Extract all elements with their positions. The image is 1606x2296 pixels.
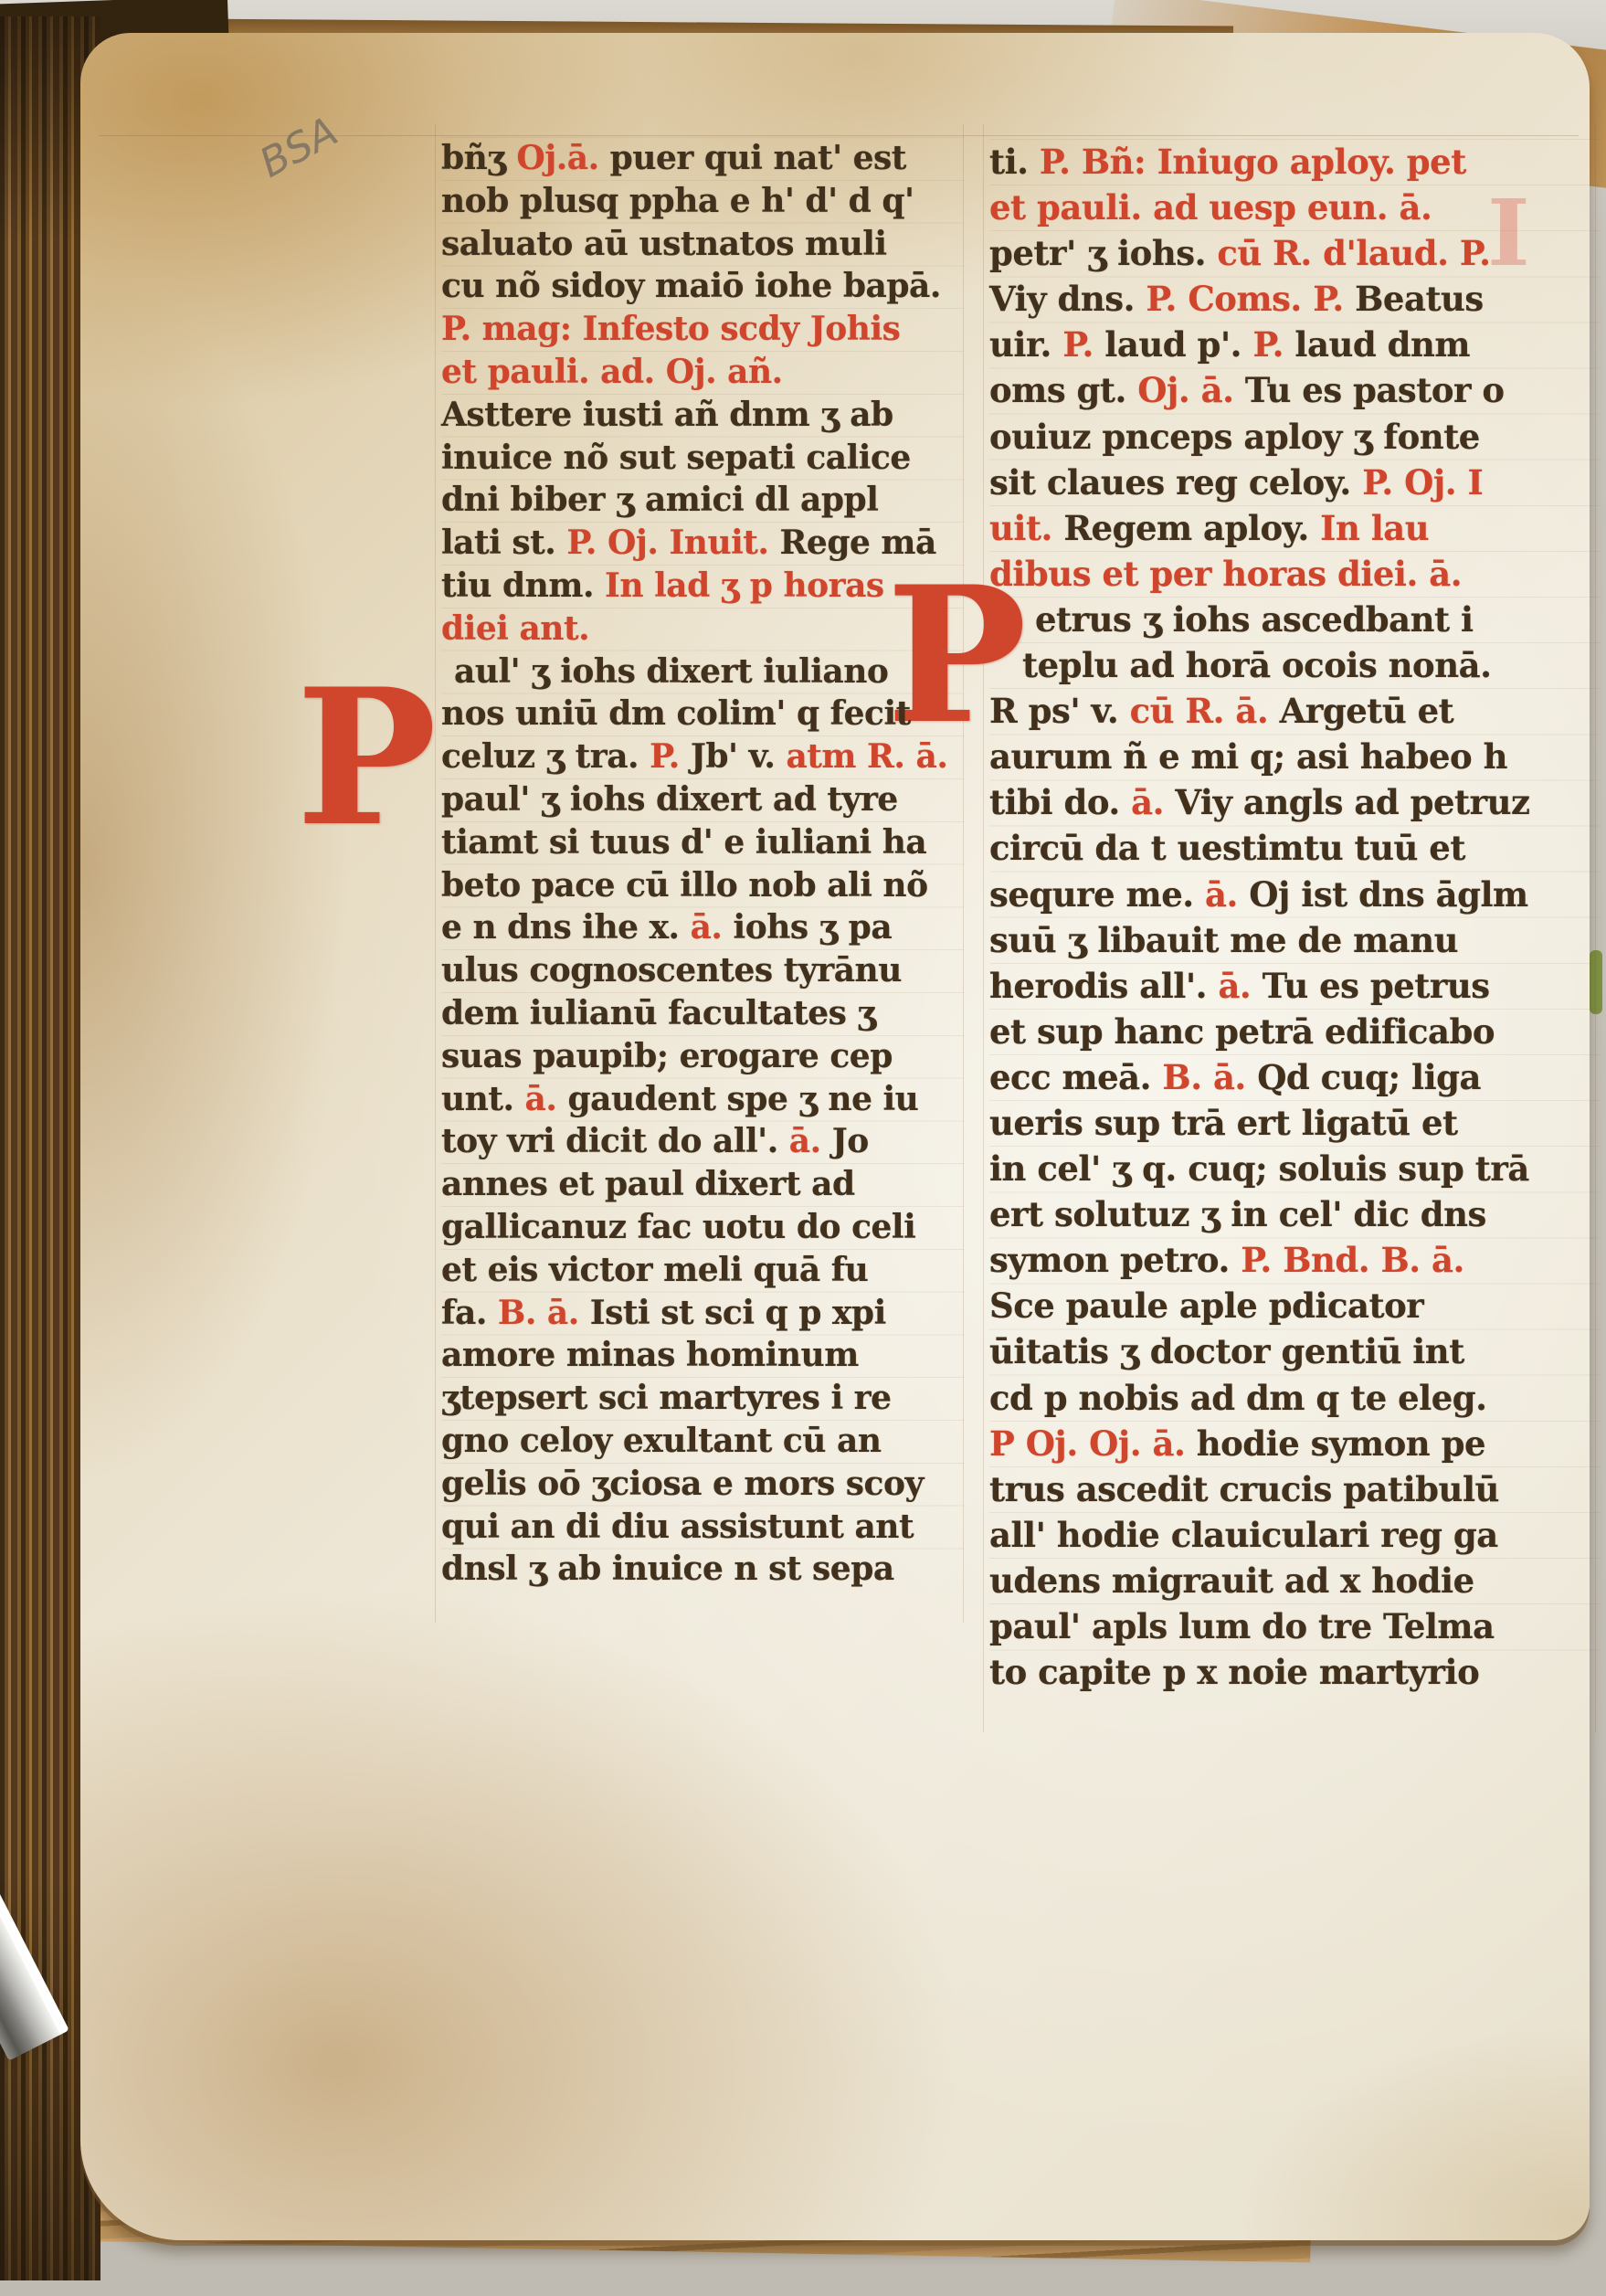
manuscript-text-line: to capite p x noie martyrio bbox=[989, 1649, 1600, 1695]
body-text-run: uir. bbox=[989, 324, 1062, 365]
manuscript-text-line: dem iulianū facultates ʒ bbox=[441, 992, 964, 1035]
ruling-line bbox=[983, 124, 984, 1732]
manuscript-text-line: celuz ʒ tra. P. Jb' v. atm R. ā. bbox=[441, 735, 964, 778]
body-text-run: dnsl ʒ ab inuice n st sepa bbox=[441, 1550, 894, 1588]
body-text-run: laud dnm bbox=[1294, 324, 1470, 365]
body-text-run: Oj ist dns āglm bbox=[1249, 874, 1527, 915]
text-column-left: bñʒ Oj.ā. puer qui nat' estnob plusq pph… bbox=[441, 137, 964, 1591]
body-text-run: suas paupib; erogare cep bbox=[441, 1037, 893, 1075]
manuscript-text-line: gelis oō ʒciosa e mors scoy bbox=[441, 1463, 964, 1506]
body-text-run: Isti st sci q p xpi bbox=[590, 1294, 886, 1332]
manuscript-text-line: suas paupib; erogare cep bbox=[441, 1035, 964, 1078]
manuscript-text-line: beto pace cū illo nob ali nõ bbox=[441, 864, 964, 907]
rubric-text-run: et pauli. ad. Oj. añ. bbox=[441, 353, 783, 391]
rubric-text-run: uit. bbox=[989, 508, 1063, 548]
manuscript-text-line: ouiuz pnceps aploy ʒ fonte bbox=[989, 414, 1600, 460]
body-text-run: unt. bbox=[441, 1080, 525, 1118]
body-text-run: celuz ʒ tra. bbox=[441, 737, 650, 776]
rubric-text-run: B. ā. bbox=[1162, 1057, 1257, 1097]
manuscript-text-line: P Oj. Oj. ā. hodie symon pe bbox=[989, 1421, 1600, 1466]
body-text-run: sequre me. bbox=[989, 874, 1205, 915]
manuscript-text-line: trus ascedit crucis patibulū bbox=[989, 1466, 1600, 1512]
rubric-text-run: atm R. ā. bbox=[786, 737, 947, 776]
manuscript-text-line: teplu ad horā ocois nonā. bbox=[989, 642, 1600, 688]
manuscript-text-line: ʒtepsert sci martyres i re bbox=[441, 1377, 964, 1420]
manuscript-text-line: oms gt. Oj. ā. Tu es pastor o bbox=[989, 367, 1600, 413]
body-text-run: petr' ʒ iohs. bbox=[989, 233, 1217, 273]
manuscript-text-line: ūitatis ʒ doctor gentiū int bbox=[989, 1328, 1600, 1374]
rubric-text-run: ā. bbox=[691, 908, 734, 947]
rubric-text-run: diei ant. bbox=[441, 609, 589, 648]
manuscript-page: BSA I P P bñʒ Oj.ā. puer qui nat' estnob… bbox=[80, 33, 1590, 2240]
body-text-run: teplu ad horā ocois nonā. bbox=[1022, 645, 1492, 685]
body-text-run: Tu es petrus bbox=[1263, 966, 1490, 1006]
body-text-run: annes et paul dixert ad bbox=[441, 1165, 855, 1203]
manuscript-text-line: Asttere iusti añ dnm ʒ ab bbox=[441, 394, 964, 437]
rubric-text-run: ā. bbox=[1205, 874, 1249, 915]
body-text-run: Argetū et bbox=[1280, 691, 1454, 731]
manuscript-text-line: uit. Regem aploy. In lau bbox=[989, 505, 1600, 551]
manuscript-text-line: suū ʒ libauit me de manu bbox=[989, 917, 1600, 963]
manuscript-text-line: ert solutuz ʒ in cel' dic dns bbox=[989, 1191, 1600, 1237]
manuscript-text-line: herodis all'. ā. Tu es petrus bbox=[989, 963, 1600, 1009]
manuscript-text-line: dni biber ʒ amici dl appl bbox=[441, 479, 964, 522]
rubric-text-run: P. mag: Infesto scdy Johis bbox=[441, 310, 900, 348]
photo-background: BSA I P P bñʒ Oj.ā. puer qui nat' estnob… bbox=[0, 0, 1606, 2296]
rubric-text-run: P. Bñ: Iniugo aploy. pet bbox=[1040, 142, 1466, 182]
manuscript-text-line: cu nõ sidoy maiō iohe bapā. bbox=[441, 265, 964, 308]
manuscript-text-line: et pauli. ad uesp eun. ā. bbox=[989, 185, 1600, 230]
body-text-run: ouiuz pnceps aploy ʒ fonte bbox=[989, 417, 1480, 457]
rubric-text-run: P. Oj. I bbox=[1362, 462, 1483, 503]
rubric-text-run: P. Oj. Inuit. bbox=[566, 524, 779, 562]
manuscript-text-line: gallicanuz fac uotu do celi bbox=[441, 1206, 964, 1249]
manuscript-text-line: lati st. P. Oj. Inuit. Rege mā bbox=[441, 522, 964, 565]
manuscript-text-line: dnsl ʒ ab inuice n st sepa bbox=[441, 1548, 964, 1591]
body-text-run: circū da t uestimtu tuū et bbox=[989, 828, 1465, 868]
rubric-text-run: ā. bbox=[1218, 966, 1262, 1006]
rubric-text-run: Oj.ā. bbox=[516, 139, 609, 177]
manuscript-text-line: saluato aū ustnatos muli bbox=[441, 223, 964, 266]
rubric-text-run: P. bbox=[1062, 324, 1104, 365]
manuscript-text-line: nos uniū dm colim' q fecit bbox=[441, 693, 964, 735]
rubric-text-run: ā. bbox=[525, 1080, 568, 1118]
manuscript-text-line: inuice nõ sut sepati calice bbox=[441, 437, 964, 480]
rubric-text-run: P. bbox=[1252, 324, 1294, 365]
rubric-text-run: ā. bbox=[1131, 782, 1175, 822]
manuscript-text-line: e n dns ihe x. ā. iohs ʒ pa bbox=[441, 906, 964, 949]
body-text-run: e n dns ihe x. bbox=[441, 908, 691, 947]
text-column-right: ti. P. Bñ: Iniugo aploy. petet pauli. ad… bbox=[989, 139, 1600, 1695]
manuscript-text-line: et pauli. ad. Oj. añ. bbox=[441, 351, 964, 394]
manuscript-text-line: sit claues reg celoy. P. Oj. I bbox=[989, 460, 1600, 505]
body-text-run: inuice nõ sut sepati calice bbox=[441, 439, 911, 477]
body-text-run: oms gt. bbox=[989, 370, 1137, 410]
manuscript-text-line: tiamt si tuus d' e iuliani ha bbox=[441, 821, 964, 864]
manuscript-text-line: paul' apls lum do tre Telma bbox=[989, 1603, 1600, 1649]
manuscript-text-line: ecc meā. B. ā. Qd cuq; liga bbox=[989, 1054, 1600, 1100]
body-text-run: paul' apls lum do tre Telma bbox=[989, 1606, 1495, 1646]
manuscript-text-line: qui an di diu assistunt ant bbox=[441, 1506, 964, 1549]
manuscript-text-line: fa. B. ā. Isti st sci q p xpi bbox=[441, 1292, 964, 1335]
manuscript-text-line: tibi do. ā. Viy angls ad petruz bbox=[989, 779, 1600, 825]
manuscript-text-line: nob plusq ppha e h' d' d q' bbox=[441, 180, 964, 223]
body-text-run: gelis oō ʒciosa e mors scoy bbox=[441, 1465, 924, 1503]
body-text-run: qui an di diu assistunt ant bbox=[441, 1508, 914, 1546]
body-text-run: udens migrauit ad x hodie bbox=[989, 1561, 1474, 1601]
manuscript-text-line: etrus ʒ iohs ascedbant i bbox=[989, 597, 1600, 642]
manuscript-text-line: toy vri dicit do all'. ā. Jo bbox=[441, 1120, 964, 1163]
body-text-run: puer qui nat' est bbox=[610, 139, 906, 177]
body-text-run: beto pace cū illo nob ali nõ bbox=[441, 866, 928, 905]
body-text-run: hodie symon pe bbox=[1197, 1423, 1485, 1464]
body-text-run: trus ascedit crucis patibulū bbox=[989, 1469, 1499, 1509]
manuscript-text-line: ueris sup trā ert ligatū et bbox=[989, 1100, 1600, 1146]
body-text-run: fa. bbox=[441, 1294, 498, 1332]
body-text-run: aurum ñ e mi q; asi habeo h bbox=[989, 736, 1507, 777]
manuscript-text-line: sequre me. ā. Oj ist dns āglm bbox=[989, 872, 1600, 917]
body-text-run: amore minas hominum bbox=[441, 1336, 859, 1374]
body-text-run: Viy angls ad petruz bbox=[1175, 782, 1529, 822]
body-text-run: et sup hanc petrā edificabo bbox=[989, 1011, 1495, 1052]
manuscript-text-line: tiu dnm. In lad ʒ p horas bbox=[441, 565, 964, 608]
manuscript-text-line: gno celoy exultant cū an bbox=[441, 1420, 964, 1463]
body-text-run: paul' ʒ iohs dixert ad tyre bbox=[441, 780, 898, 819]
manuscript-text-line: all' hodie clauiculari reg ga bbox=[989, 1512, 1600, 1558]
rubric-text-run: P. bbox=[650, 737, 691, 776]
body-text-run: tiamt si tuus d' e iuliani ha bbox=[441, 823, 926, 862]
rubric-text-run: ā. bbox=[789, 1122, 832, 1160]
rubric-text-run: et pauli. ad uesp eun. ā. bbox=[989, 187, 1432, 227]
manuscript-text-line: P. mag: Infesto scdy Johis bbox=[441, 308, 964, 351]
body-text-run: Viy dns. bbox=[989, 279, 1146, 319]
body-text-run: laud p'. bbox=[1104, 324, 1252, 365]
rubric-text-run: In lau bbox=[1320, 508, 1429, 548]
body-text-run: to capite p x noie martyrio bbox=[989, 1652, 1479, 1692]
manuscript-text-line: aurum ñ e mi q; asi habeo h bbox=[989, 734, 1600, 779]
body-text-run: et eis victor meli quā fu bbox=[441, 1251, 868, 1289]
body-text-run: Beatus bbox=[1355, 279, 1484, 319]
rubric-text-run: Oj. ā. bbox=[1137, 370, 1245, 410]
body-text-run: symon petro. bbox=[989, 1240, 1241, 1280]
body-text-run: suū ʒ libauit me de manu bbox=[989, 920, 1458, 960]
manuscript-text-line: et sup hanc petrā edificabo bbox=[989, 1009, 1600, 1054]
body-text-run: all' hodie clauiculari reg ga bbox=[989, 1515, 1498, 1555]
body-text-run: ʒtepsert sci martyres i re bbox=[441, 1379, 892, 1417]
body-text-run: bñʒ bbox=[441, 139, 516, 177]
body-text-run: in cel' ʒ q. cuq; soluis sup trā bbox=[989, 1148, 1529, 1189]
rubric-text-run: In lad ʒ p horas bbox=[605, 566, 884, 605]
ruling-line bbox=[435, 124, 436, 1623]
body-text-run: ti. bbox=[989, 142, 1040, 182]
body-text-run: dni biber ʒ amici dl appl bbox=[441, 481, 878, 519]
manuscript-text-line: ulus cognoscentes tyrānu bbox=[441, 949, 964, 992]
body-text-run: cd p nobis ad dm q te eleg. bbox=[989, 1378, 1487, 1418]
rubric-text-run: P. Coms. P. bbox=[1146, 279, 1355, 319]
body-text-run: Jb' v. bbox=[691, 737, 787, 776]
manuscript-text-line: Viy dns. P. Coms. P. Beatus bbox=[989, 276, 1600, 322]
body-text-run: Asttere iusti añ dnm ʒ ab bbox=[441, 396, 893, 434]
manuscript-text-line: Sce paule aple pdicator bbox=[989, 1283, 1600, 1328]
body-text-run: ert solutuz ʒ in cel' dic dns bbox=[989, 1194, 1486, 1234]
body-text-run: gno celoy exultant cū an bbox=[441, 1422, 882, 1460]
manuscript-text-line: R ps' v. cū R. ā. Argetū et bbox=[989, 688, 1600, 734]
body-text-run: ueris sup trā ert ligatū et bbox=[989, 1103, 1458, 1143]
body-text-run: toy vri dicit do all'. bbox=[441, 1122, 789, 1160]
body-text-run: saluato aū ustnatos muli bbox=[441, 225, 887, 263]
body-text-run: aul' ʒ iohs dixert iuliano bbox=[454, 652, 888, 691]
manuscript-text-line: et eis victor meli quā fu bbox=[441, 1249, 964, 1292]
rubric-text-run: B. ā. bbox=[498, 1294, 590, 1332]
body-text-run: Jo bbox=[832, 1122, 869, 1160]
body-text-run: nos uniū dm colim' q fecit bbox=[441, 694, 911, 733]
body-text-run: gallicanuz fac uotu do celi bbox=[441, 1208, 915, 1246]
manuscript-text-line: dibus et per horas diei. ā. bbox=[989, 551, 1600, 597]
body-text-run: Regem aploy. bbox=[1063, 508, 1320, 548]
body-text-run: R ps' v. bbox=[989, 691, 1130, 731]
body-text-run: Sce paule aple pdicator bbox=[989, 1286, 1423, 1326]
rubric-text-run: dibus et per horas diei. ā. bbox=[989, 554, 1462, 594]
rubric-text-run: cū R. d'laud. P. bbox=[1217, 233, 1490, 273]
manuscript-text-line: aul' ʒ iohs dixert iuliano bbox=[441, 651, 964, 693]
manuscript-text-line: paul' ʒ iohs dixert ad tyre bbox=[441, 778, 964, 821]
manuscript-text-line: unt. ā. gaudent spe ʒ ne iu bbox=[441, 1078, 964, 1121]
manuscript-text-line: circū da t uestimtu tuū et bbox=[989, 825, 1600, 871]
body-text-run: dem iulianū facultates ʒ bbox=[441, 994, 875, 1032]
body-text-run: ūitatis ʒ doctor gentiū int bbox=[989, 1331, 1464, 1371]
manuscript-text-line: annes et paul dixert ad bbox=[441, 1163, 964, 1206]
body-text-run: sit claues reg celoy. bbox=[989, 462, 1362, 503]
body-text-run: nob plusq ppha e h' d' d q' bbox=[441, 182, 914, 220]
manuscript-text-line: petr' ʒ iohs. cū R. d'laud. P. bbox=[989, 230, 1600, 276]
rubric-text-run: B. ā. bbox=[1381, 1240, 1464, 1280]
manuscript-text-line: symon petro. P. Bnd. B. ā. bbox=[989, 1237, 1600, 1283]
drop-cap-initial-left: P bbox=[296, 683, 437, 833]
manuscript-text-line: in cel' ʒ q. cuq; soluis sup trā bbox=[989, 1146, 1600, 1191]
rubric-text-run: cū R. ā. bbox=[1130, 691, 1280, 731]
rubric-text-run: P Oj. Oj. ā. bbox=[989, 1423, 1197, 1464]
body-text-run: Rege mā bbox=[780, 524, 936, 562]
body-text-run: lati st. bbox=[441, 524, 566, 562]
body-text-run: tibi do. bbox=[989, 782, 1131, 822]
margin-inscription: BSA bbox=[252, 108, 345, 186]
body-text-run: ecc meā. bbox=[989, 1057, 1162, 1097]
manuscript-text-line: ti. P. Bñ: Iniugo aploy. pet bbox=[989, 139, 1600, 185]
body-text-run: etrus ʒ iohs ascedbant i bbox=[1035, 599, 1474, 640]
manuscript-text-line: bñʒ Oj.ā. puer qui nat' est bbox=[441, 137, 964, 180]
body-text-run: ulus cognoscentes tyrānu bbox=[441, 951, 902, 989]
manuscript-text-line: cd p nobis ad dm q te eleg. bbox=[989, 1375, 1600, 1421]
body-text-run: tiu dnm. bbox=[441, 566, 605, 605]
manuscript-text-line: amore minas hominum bbox=[441, 1334, 964, 1377]
manuscript-text-line: uir. P. laud p'. P. laud dnm bbox=[989, 322, 1600, 367]
body-text-run: gaudent spe ʒ ne iu bbox=[567, 1080, 918, 1118]
body-text-run: cu nõ sidoy maiō iohe bapā. bbox=[441, 267, 941, 305]
manuscript-text-line: udens migrauit ad x hodie bbox=[989, 1558, 1600, 1603]
body-text-run: herodis all'. bbox=[989, 966, 1218, 1006]
manuscript-text-line: diei ant. bbox=[441, 608, 964, 651]
rubric-text-run: P. Bnd. bbox=[1241, 1240, 1380, 1280]
body-text-run: Tu es pastor o bbox=[1245, 370, 1505, 410]
body-text-run: Qd cuq; liga bbox=[1257, 1057, 1481, 1097]
body-text-run: iohs ʒ pa bbox=[734, 908, 893, 947]
